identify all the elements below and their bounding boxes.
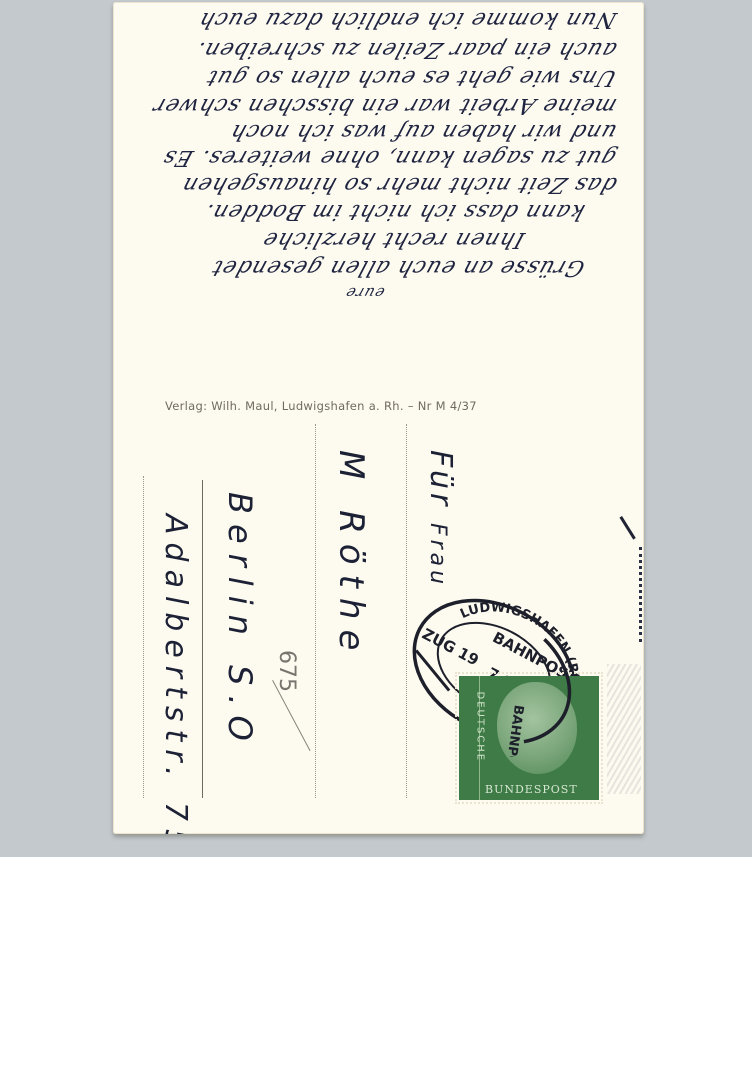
message-line: Nun komme ich endlich dazu euch <box>127 7 620 32</box>
message-line: eure <box>128 284 387 302</box>
postmark-overprint: BAHNPOST <box>405 579 583 757</box>
message-line: auch ein paar Zeilen zu schreiben. <box>127 37 620 62</box>
stamp-issuer: BUNDESPOST <box>485 783 578 796</box>
svg-text:BAHNPOST: BAHNPOST <box>500 704 526 757</box>
recipient-street: Adalbertstr. 75 <box>158 514 193 834</box>
postcard: Lieben, Ellery, Rosa u. Schwester! Nun k… <box>113 2 644 834</box>
message-line: kann dass ich nicht im Bodden. <box>127 199 588 224</box>
address-line <box>143 476 144 798</box>
message-line: Lieben, Ellery, Rosa u. Schwester! <box>127 2 620 4</box>
handwritten-message: Lieben, Ellery, Rosa u. Schwester! Nun k… <box>113 2 644 402</box>
ink-mark <box>639 547 642 642</box>
message-line: Uns wie geht es euch allen so gut <box>127 65 620 90</box>
ink-mark <box>619 516 635 540</box>
message-line: Grüsse an euch allen gesendet <box>127 255 588 280</box>
recipient-name: M Röthe <box>331 450 371 660</box>
message-line: meine Arbeit war ein bisschen schwer <box>127 93 620 118</box>
address-line <box>202 480 203 798</box>
pencil-note: 675 <box>274 650 299 692</box>
ink-smudge <box>607 664 641 794</box>
message-line: gut zu sagen kann, ohne weiteres. Es <box>127 145 620 170</box>
address-line <box>315 424 316 798</box>
recipient-city: Berlin S.O <box>221 492 259 751</box>
publisher-imprint: Verlag: Wilh. Maul, Ludwigshafen a. Rh. … <box>165 399 477 413</box>
message-line: und wir haben auf was ich noch <box>127 119 620 144</box>
message-line: Ihnen recht herzliche <box>127 227 528 252</box>
address-salutation: Für Frau <box>423 450 458 588</box>
message-line: das Zeit nicht mehr so hinausgehen <box>127 172 620 197</box>
